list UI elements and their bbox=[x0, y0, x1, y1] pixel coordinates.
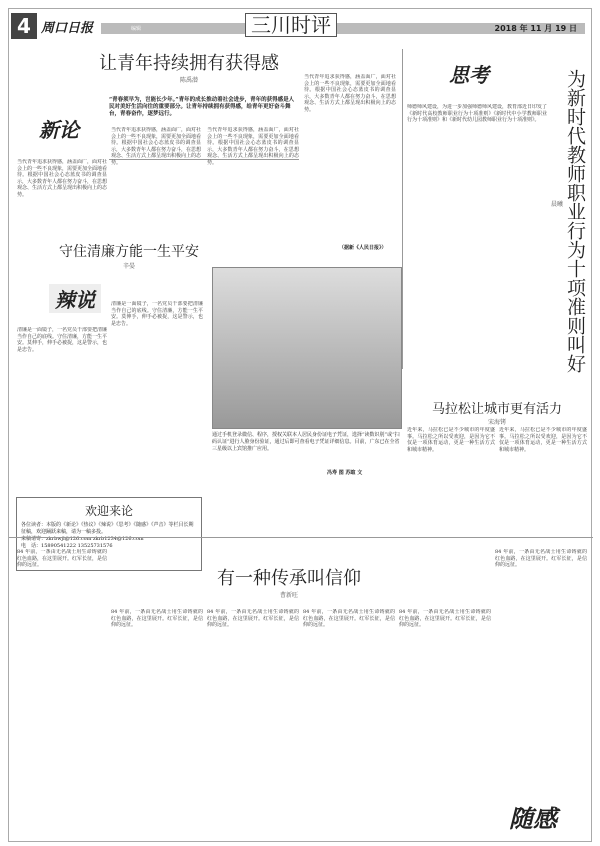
article3-byline: 晨曦 bbox=[551, 199, 563, 208]
article3-title: 为新时代教师职业行为十项准则叫好 bbox=[564, 69, 586, 373]
article5-col5: 84 年前，一条由无名战士用生命铸就的红色血路，在这里展开。红军长征，是信仰的远… bbox=[399, 609, 491, 839]
article5-col2: 84 年前，一条由无名战士用生命铸就的红色血路，在这里展开。红军长征，是信仰的远… bbox=[111, 609, 203, 839]
article1-col2: 当代青年追求获得感，涵盖面广，面对社会上的一些不良现象，需要更加全面地看待。根据… bbox=[111, 127, 201, 247]
headline: 守住清廉方能一生平安 bbox=[39, 241, 219, 261]
headline: 让青年持续拥有获得感 bbox=[69, 49, 309, 75]
cartoon-credit: 冯寿 图 苏暄 文 bbox=[327, 469, 362, 476]
tag-sikao: 思考 bbox=[449, 59, 489, 88]
byline: 宋海铐 bbox=[407, 417, 587, 426]
article1-lead: “青春须早为，岂能长少年。”青年的成长推动着社会进步，青年的获得感是人民对美好生… bbox=[109, 97, 299, 118]
issue-date: 2018 年 11 月 19 日 bbox=[495, 23, 577, 34]
welcome-title: 欢迎来论 bbox=[21, 502, 197, 519]
page-number: 4 bbox=[11, 13, 37, 39]
byline: 陈禹潜 bbox=[69, 75, 309, 84]
cartoon-caption: 通过手机登录微信、程序，授权关联本人居民身份证电子凭证，选择“读数识别”或“扫码… bbox=[212, 432, 402, 453]
masthead: 4 周口日报 编辑 E-mail 2018 年 11 月 19 日 三川时评 bbox=[9, 9, 593, 43]
headline: 马拉松让城市更有活力 bbox=[407, 398, 587, 417]
article1-col4: 当代青年追求获得感，涵盖面广，面对社会上的一些不良现象，需要更加全面地看待。根据… bbox=[304, 74, 396, 234]
article2-col2: 清廉是一面镜子，一名党员干部要把清廉当作自己的底线。守住清廉，方能一生平安。莫伸… bbox=[111, 301, 203, 491]
cartoon-illustration bbox=[212, 267, 402, 429]
section-title: 三川时评 bbox=[245, 13, 337, 37]
article4-col2: 近年来，马拉松已是不少城市的年度盛事。马拉松之所以受欢迎，是因为它不仅是一项体育… bbox=[499, 427, 587, 527]
article4-col1: 近年来，马拉松已是不少城市的年度盛事。马拉松之所以受欢迎，是因为它不仅是一项体育… bbox=[407, 427, 495, 527]
article5-title: 有一种传承叫信仰曹新旺 bbox=[169, 564, 409, 599]
article1-col3: 当代青年追求获得感，涵盖面广，面对社会上的一些不良现象，需要更加全面地看待。根据… bbox=[207, 127, 299, 247]
article4-title: 马拉松让城市更有活力宋海铐 bbox=[407, 398, 587, 426]
article2-col1: 清廉是一面镜子，一名党员干部要把清廉当作自己的底线。守住清廉，方能一生平安。莫伸… bbox=[17, 327, 107, 492]
article1-source: （据新《人民日报》） bbox=[339, 244, 387, 251]
article5-col6: 84 年前，一条由无名战士用生命铸就的红色血路，在这里展开。红军长征，是信仰的远… bbox=[495, 549, 587, 769]
horizontal-divider bbox=[9, 537, 593, 538]
tag-lashuo: 辣说 bbox=[49, 284, 101, 313]
editor-label: 编辑 bbox=[131, 25, 141, 32]
column-divider bbox=[402, 49, 403, 369]
byline: 曹新旺 bbox=[169, 590, 409, 599]
article5-col3: 84 年前，一条由无名战士用生命铸就的红色血路，在这里展开。红军长征，是信仰的远… bbox=[207, 609, 299, 839]
paper-logo: 周口日报 bbox=[41, 17, 93, 36]
header-bar: 编辑 E-mail 2018 年 11 月 19 日 bbox=[101, 23, 585, 34]
article5-col4: 84 年前，一条由无名战士用生命铸就的红色血路，在这里展开。红军长征，是信仰的远… bbox=[303, 609, 395, 839]
newspaper-page: 4 周口日报 编辑 E-mail 2018 年 11 月 19 日 三川时评 让… bbox=[8, 8, 592, 842]
article3-body: 师德师风建设，为进一步加强师德师风建设，教育部近日印发了《新时代高校教师职业行为… bbox=[407, 104, 547, 389]
headline: 有一种传承叫信仰 bbox=[169, 564, 409, 590]
byline: 辛晏 bbox=[39, 261, 219, 270]
tag-xinlun: 新论 bbox=[39, 114, 79, 143]
welcome-text: 各位读者：本版的《新论》《热议》《辣说》《思考》《随感》《声音》等栏目长期征稿，… bbox=[21, 522, 197, 536]
article1-col1: 当代青年追求获得感，涵盖面广，面对社会上的一些不良现象，需要更加全面地看待。根据… bbox=[17, 159, 107, 239]
tag-suigan: 随感 bbox=[509, 799, 557, 834]
article5-col1: 84 年前，一条由无名战士用生命铸就的红色血路，在这里展开。红军长征，是信仰的远… bbox=[17, 549, 107, 839]
article2-title: 守住清廉方能一生平安辛晏 bbox=[39, 241, 219, 270]
article1-title: 让青年持续拥有获得感陈禹潜 bbox=[69, 49, 309, 84]
